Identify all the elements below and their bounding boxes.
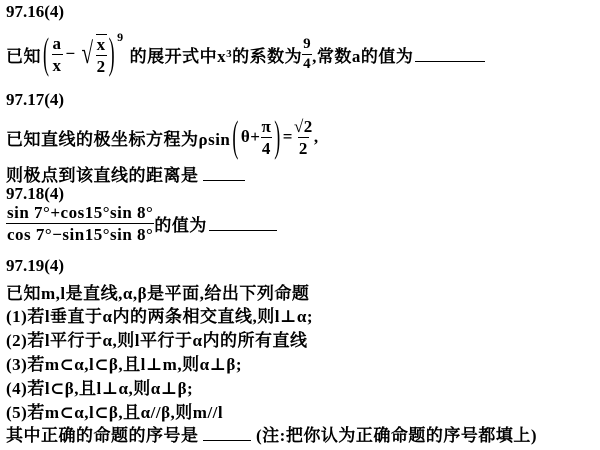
exponent: 9: [117, 30, 124, 45]
question-97-18-body: sin 7°+cos15°sin 8° cos 7°−sin15°sin 8° …: [6, 204, 277, 243]
sqrt-fraction: x 2: [96, 34, 107, 75]
question-number-97-18: 97.18(4): [6, 184, 64, 204]
sqrt-x-over-2: √ x 2: [79, 34, 107, 75]
left-paren: (: [232, 112, 239, 162]
frac-num: √2: [293, 118, 314, 137]
q19-closing-prefix: 其中正确的命题的序号是: [6, 426, 199, 445]
answer-blank-17[interactable]: [203, 166, 245, 181]
q17-comma: ,: [314, 127, 319, 147]
q19-closing: 其中正确的命题的序号是 (注:把你认为正确命题的序号都填上): [6, 421, 537, 446]
q17-prefix: 已知直线的极坐标方程为ρsin: [6, 125, 230, 150]
frac-den: 2: [298, 137, 309, 157]
answer-blank-19[interactable]: [203, 426, 251, 441]
frac-den: 2: [96, 55, 107, 75]
q16-mid-text: 的展开式中x: [130, 42, 227, 67]
frac-num: 9: [302, 37, 312, 54]
frac-den: 4: [261, 137, 272, 157]
left-paren: (: [43, 29, 50, 79]
equals-sign: =: [283, 127, 293, 147]
frac-numerator: sin 7°+cos15°sin 8°: [6, 204, 154, 223]
question-number-97-17: 97.17(4): [6, 90, 64, 110]
fraction-a-over-x: a x: [52, 35, 63, 74]
frac-den: 4: [302, 54, 312, 72]
fraction-pi-over-4: π 4: [260, 118, 272, 157]
q19-intro: 已知m,l是直线,α,β是平面,给出下列命题: [6, 279, 309, 304]
answer-blank-18[interactable]: [209, 216, 277, 231]
frac-den: x: [52, 54, 63, 74]
question-97-17-line1: 已知直线的极坐标方程为ρsin ( θ+ π 4 ) = √2 2 ,: [6, 112, 319, 162]
frac-num: π: [260, 118, 272, 137]
answer-blank-16[interactable]: [415, 47, 485, 62]
frac-denominator: cos 7°−sin15°sin 8°: [6, 223, 154, 243]
fraction-9-over-4: 9 4: [302, 37, 312, 72]
q19-item-1: (1)若l垂直于α内的两条相交直线,则l⊥α;: [6, 302, 313, 327]
q16-prefix: 已知: [6, 42, 41, 67]
right-paren: ): [274, 112, 281, 162]
q19-note: (注:把你认为正确命题的序号都填上): [256, 426, 537, 445]
radical-icon: √: [81, 39, 93, 69]
q18-suffix: 的值为: [154, 211, 207, 236]
q19-item-2: (2)若l平行于α,则l平行于α内的所有直线: [6, 326, 308, 351]
q16-suffix: ,常数a的值为: [312, 42, 413, 67]
frac-num: a: [52, 35, 63, 54]
q16-mid-text2: 的系数为: [232, 42, 302, 67]
question-97-17-line2: 则极点到该直线的距离是: [6, 161, 245, 186]
question-97-16-body: 已知 ( a x − √ x 2 ) 9 的展开式中x 3 的系数为 9 4 ,…: [6, 28, 485, 80]
q19-item-5: (5)若m⊂α,l⊂β,且α//β,则m//l: [6, 398, 223, 423]
q19-item-4: (4)若l⊂β,且l⊥α,则α⊥β;: [6, 374, 193, 399]
trig-fraction: sin 7°+cos15°sin 8° cos 7°−sin15°sin 8°: [6, 204, 154, 243]
question-number-97-16: 97.16(4): [6, 2, 64, 22]
fraction-sqrt2-over-2: √2 2: [293, 118, 314, 157]
question-number-97-19: 97.19(4): [6, 256, 64, 276]
q19-item-3: (3)若m⊂α,l⊂β,且l⊥m,则α⊥β;: [6, 350, 242, 375]
right-paren: ): [109, 29, 116, 79]
q17-line2-text: 则极点到该直线的距离是: [6, 166, 199, 185]
frac-num: x: [96, 36, 107, 55]
minus-sign: −: [66, 44, 76, 64]
theta-plus: θ+: [241, 127, 261, 147]
